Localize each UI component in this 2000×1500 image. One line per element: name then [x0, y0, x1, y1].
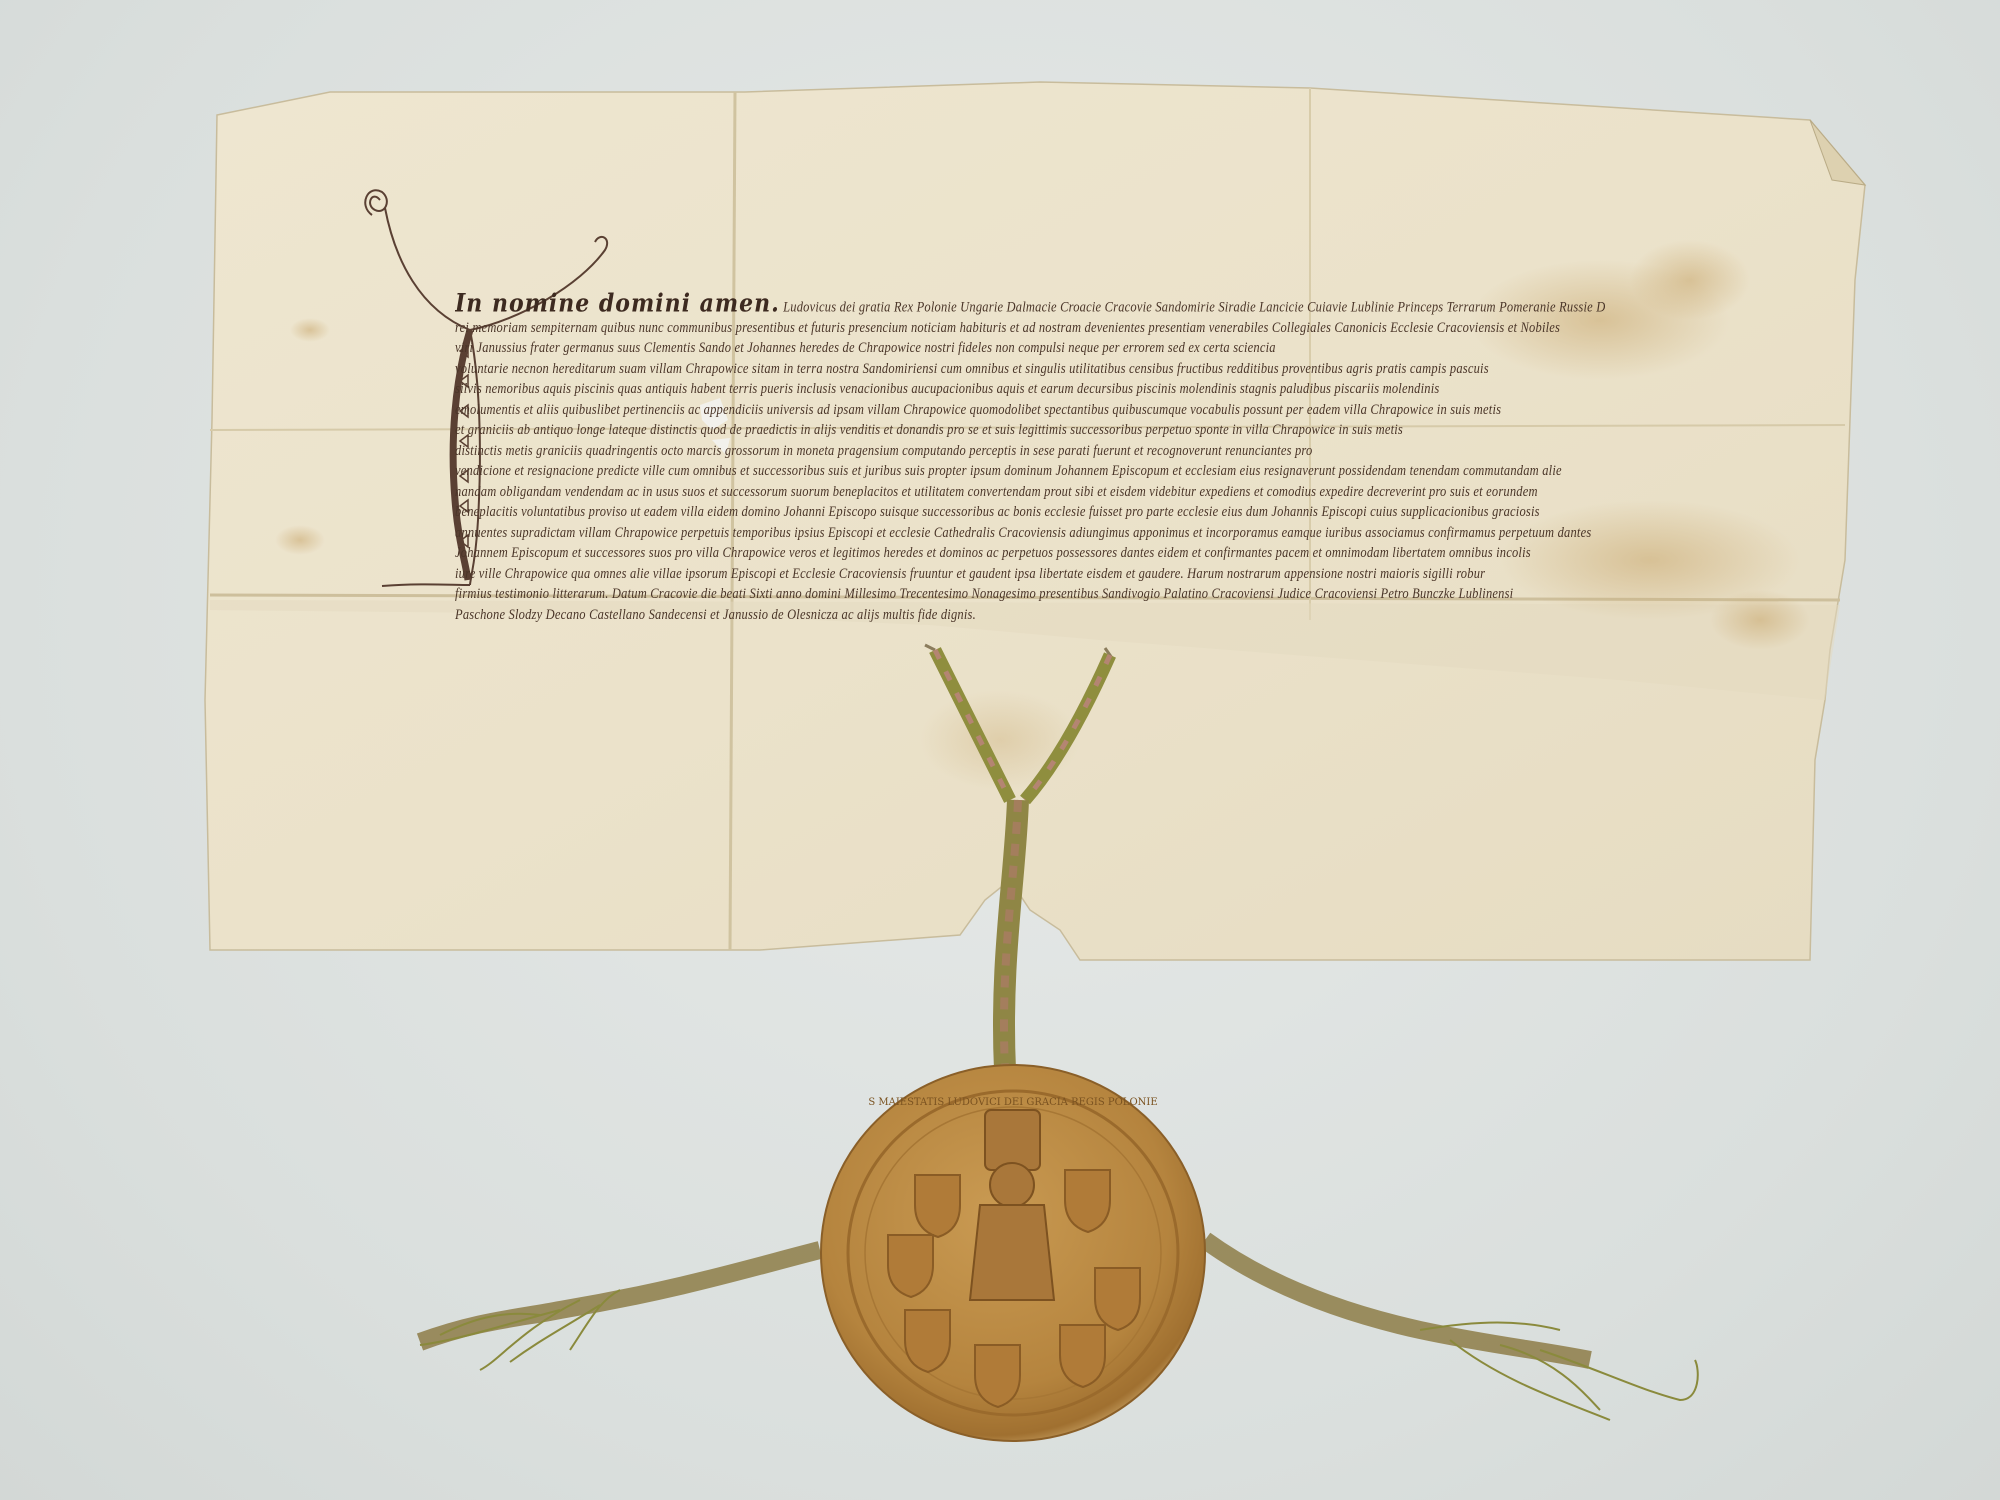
charter-line-rest: Ludovicus dei gratia Rex Polonie Ungarie…: [780, 299, 1605, 315]
seal-legend: S MAIESTATIS LUDOVICI DEI GRACIA REGIS P…: [868, 1097, 1157, 1108]
charter-text: In nomine domini amen. Ludovicus dei gra…: [455, 292, 1605, 623]
charter-illustration: S MAIESTATIS LUDOVICI DEI GRACIA REGIS P…: [0, 0, 2000, 1500]
charter-line: Paschone Slodzy Decano Castellano Sandec…: [455, 603, 1605, 627]
wax-seal: S MAIESTATIS LUDOVICI DEI GRACIA REGIS P…: [821, 1065, 1205, 1441]
charter-line: In nomine domini amen. Ludovicus dei gra…: [455, 292, 1605, 319]
invocatio: In nomine domini amen.: [455, 292, 780, 318]
